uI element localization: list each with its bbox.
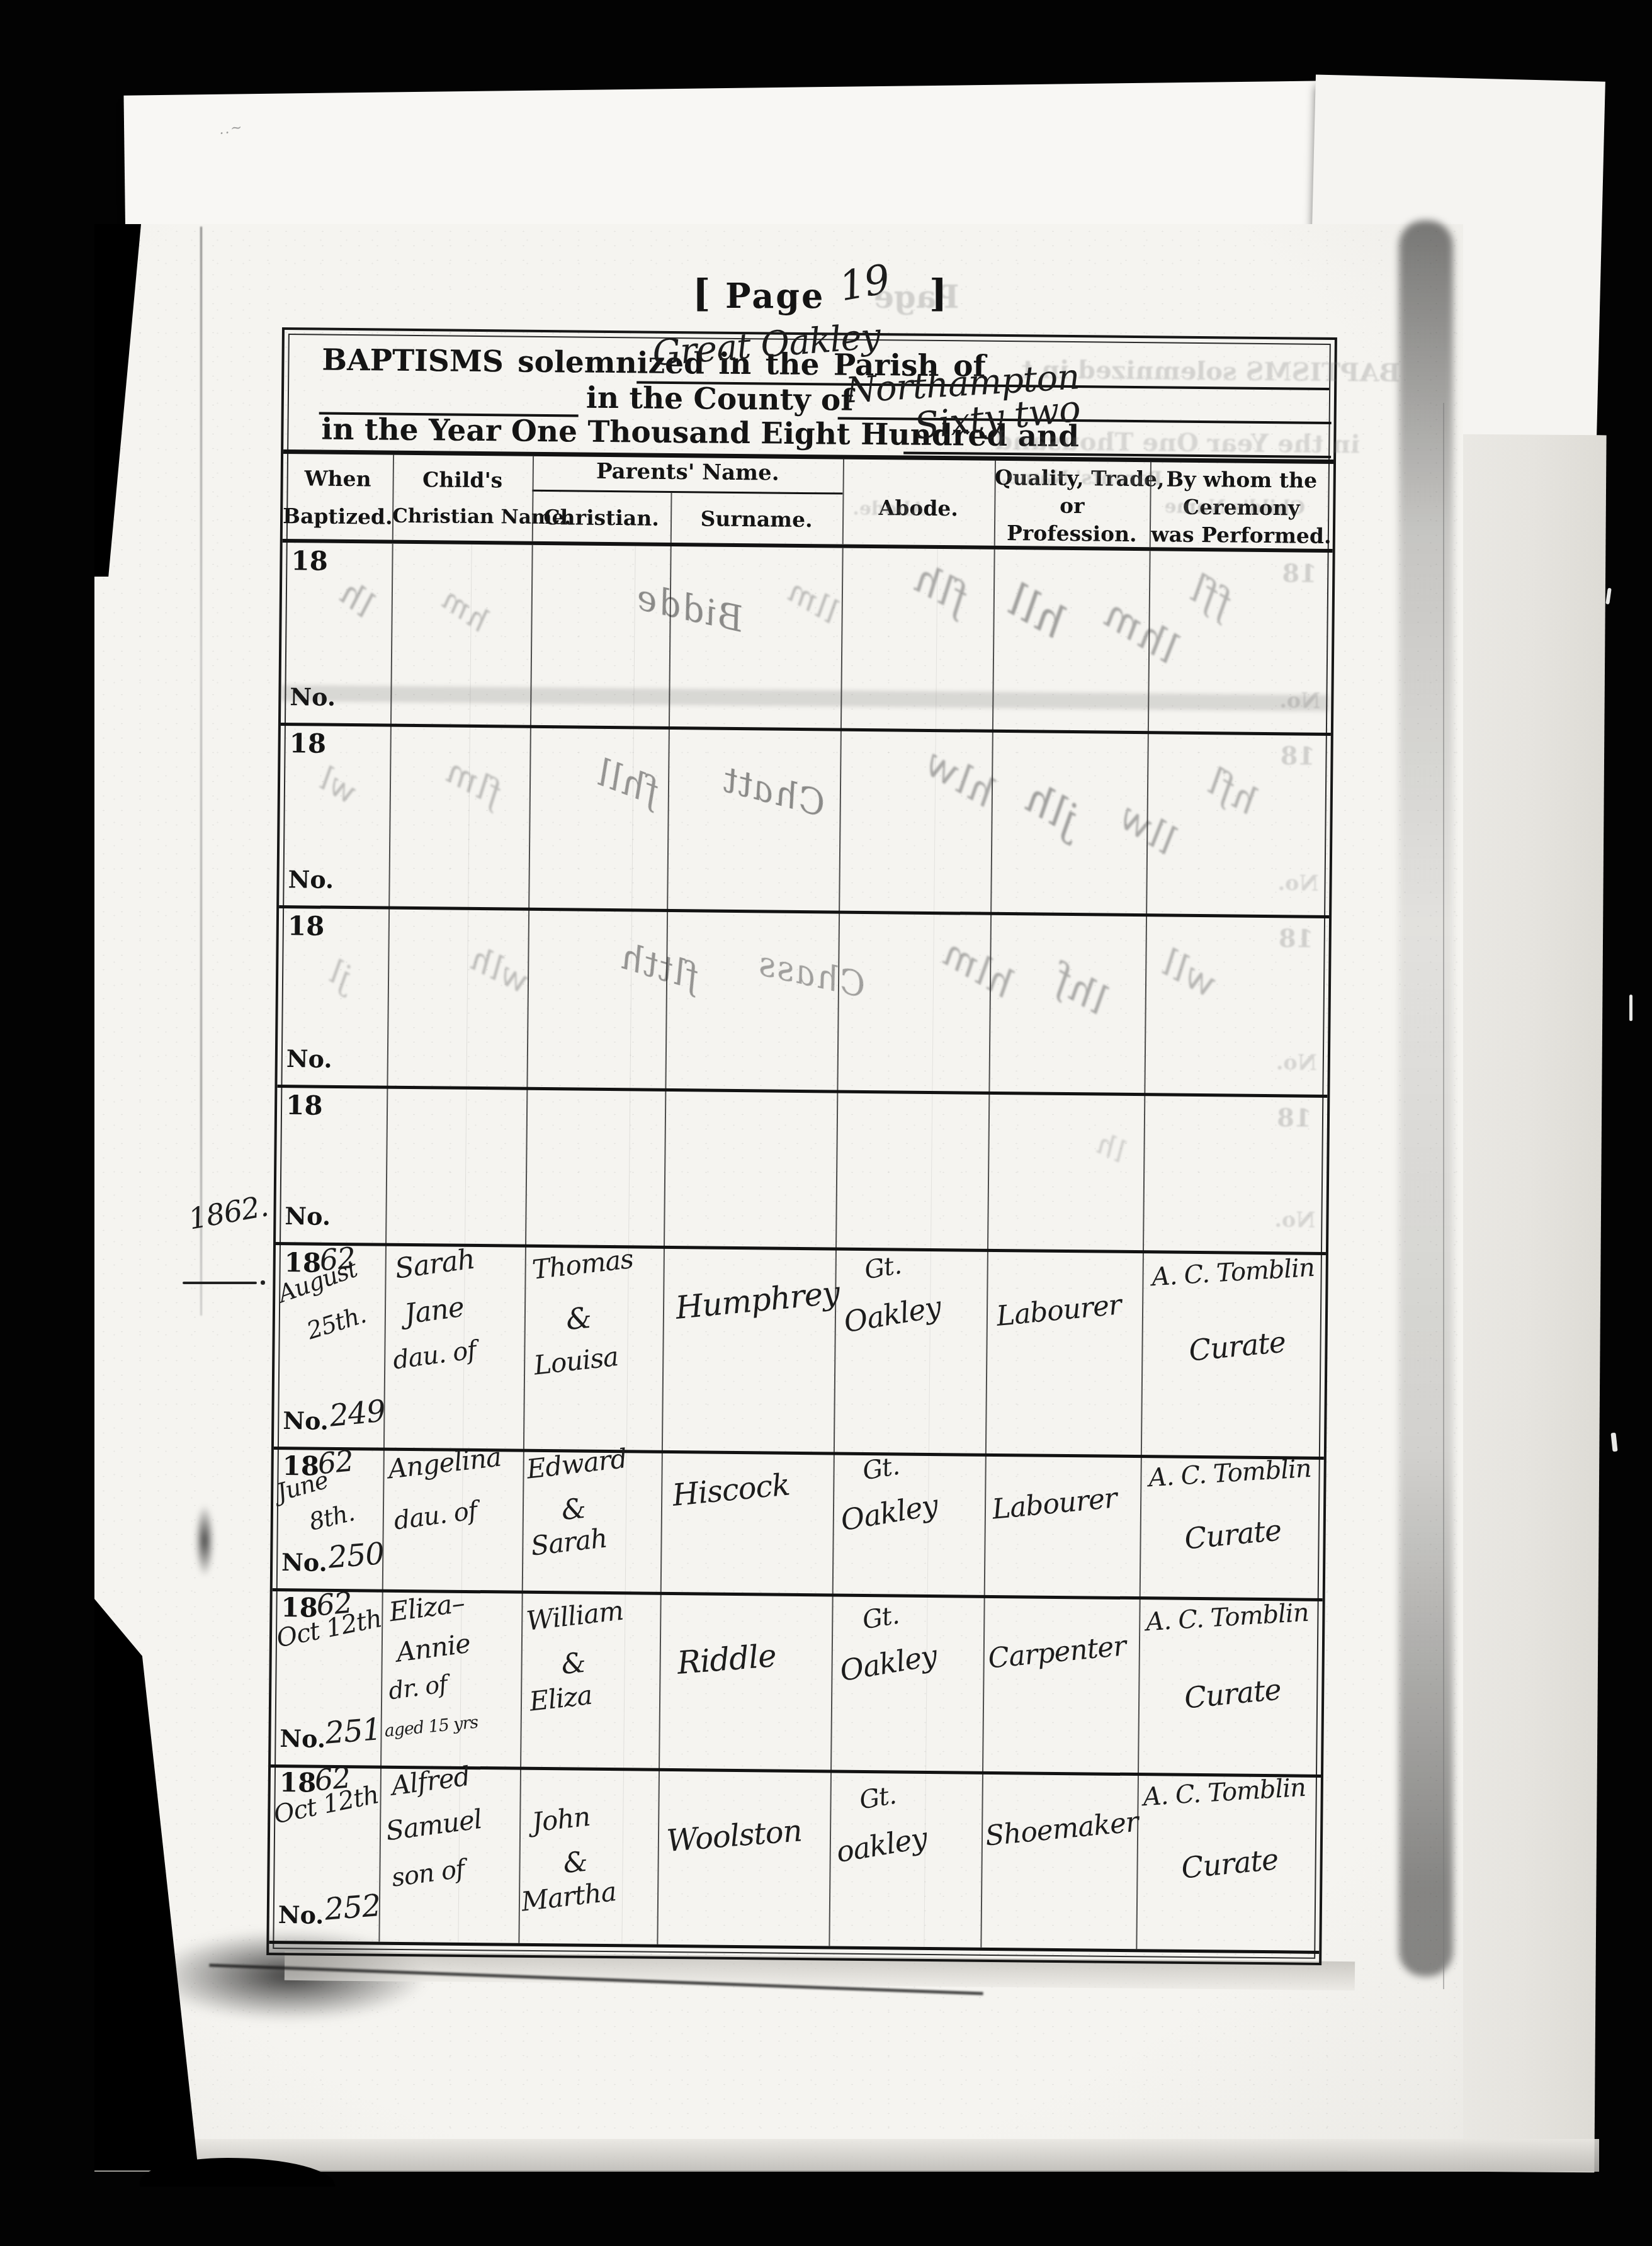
left-fold-line — [200, 227, 202, 1316]
abode-handwriting: oakley — [834, 1820, 929, 1869]
row-bleedthrough-18: 18 — [1279, 923, 1314, 954]
bleedthrough-scrawl: Chatt — [717, 759, 829, 825]
bleedthrough-scrawl: llw — [1110, 794, 1184, 864]
child-relation-handwriting: dau. of — [392, 1496, 478, 1536]
baptism-date-handwriting: 25th. — [303, 1301, 369, 1345]
child-age-handwriting: aged 15 yrs — [383, 1713, 478, 1741]
row-no-label: No. — [281, 1548, 327, 1577]
bleedthrough-scrawl: hm — [434, 581, 495, 639]
row-year-prefix: 18 — [288, 910, 325, 942]
bleedthrough-scrawl: lh — [330, 572, 382, 625]
title-line2: in the County of — [586, 381, 854, 418]
fold-crease-line — [1443, 403, 1444, 1989]
bleedthrough-scrawl: lhm — [1094, 590, 1187, 672]
child-name-handwriting: Alfred — [390, 1761, 472, 1802]
bleedthrough-scrawl: fltth — [614, 936, 704, 998]
child-name-handwriting: Sarah — [393, 1243, 477, 1285]
ampersand-handwriting: & — [560, 1493, 587, 1526]
abode-handwriting: Oakley — [838, 1488, 940, 1538]
row-bleedthrough-no: No. — [1277, 871, 1318, 896]
surname-handwriting: Woolston — [665, 1813, 803, 1859]
bleedthrough-scrawl: hlm — [934, 930, 1022, 1007]
scanner-speck — [1605, 588, 1612, 605]
minister-title-handwriting: Curate — [1183, 1672, 1282, 1715]
father-name-handwriting: John — [530, 1801, 591, 1838]
fold-crease-shadow — [1399, 220, 1453, 1977]
row-year-prefix: 18 — [286, 1090, 323, 1121]
toner-smear — [281, 685, 1328, 711]
child-name-handwriting: Eliza– — [387, 1587, 466, 1627]
bleedthrough-scrawl: ffl — [1180, 566, 1241, 626]
minister-handwriting: A. C. Tomblin — [1148, 1454, 1312, 1493]
row-bleedthrough-18: 18 — [1280, 741, 1315, 771]
row-bleedthrough-18: 18 — [1277, 1103, 1312, 1133]
margin-note-dot — [261, 1280, 265, 1285]
minister-title-handwriting: Curate — [1183, 1513, 1282, 1555]
surname-handwriting: Hiscock — [671, 1467, 791, 1513]
scanner-speck — [1629, 995, 1632, 1021]
register-row-blank: 18 No. 18 No. jlwlhfltthChasshlmlhfwll — [277, 905, 1329, 1095]
ampersand-handwriting: & — [564, 1301, 592, 1337]
surname-handwriting: Humphrey — [674, 1274, 840, 1326]
mother-name-handwriting: Martha — [519, 1876, 618, 1917]
child-name-handwriting: Samuel — [384, 1803, 484, 1846]
header-bleedthrough-abode: Abode. — [852, 498, 925, 521]
caption-bracket-open: [ — [693, 272, 710, 316]
row-no-label: No. — [280, 1724, 325, 1753]
abode-handwriting: Gt. — [857, 1781, 898, 1815]
caption-bracket-close: ] — [929, 272, 947, 316]
register-row-blank: 18 No. 18 No. wlflmfhllChatthlwjlhllwhfl — [279, 723, 1331, 915]
bleedthrough-scrawl: lhf — [1045, 956, 1117, 1024]
abode-handwriting: Oakley — [837, 1639, 939, 1688]
register-row-blank: 18 No. 18 No. lhhmBiddellmflhhlllhmffl — [281, 540, 1333, 733]
abode-handwriting: Gt. — [861, 1452, 902, 1486]
row-no-label: No. — [283, 1406, 329, 1435]
minister-handwriting: A. C. Tomblin — [1151, 1253, 1315, 1292]
baptism-date-handwriting: 8th. — [307, 1498, 357, 1536]
minister-handwriting: A. C. Tomblin — [1145, 1598, 1310, 1637]
profession-handwriting: Shoemaker — [984, 1806, 1140, 1853]
father-name-handwriting: Edward — [525, 1443, 628, 1485]
ampersand-handwriting: & — [562, 1846, 589, 1880]
bleedthrough-scrawl: hlw — [916, 738, 1004, 816]
col-header-childs-name: Child's Christian Name. — [392, 454, 533, 544]
profession-handwriting: Labourer — [995, 1289, 1123, 1333]
bleedthrough-scrawl: wl — [312, 760, 365, 811]
col-header-surname: Surname. — [670, 492, 843, 547]
col-header-when: When Baptized. — [283, 453, 393, 543]
bleedthrough-scrawl: hll — [997, 573, 1075, 648]
row-no-label: No. — [278, 1900, 324, 1929]
entry-number-handwriting: 251 — [324, 1712, 382, 1751]
bleedthrough-scrawl: flh — [904, 555, 977, 623]
entry-number-handwriting: 249 — [328, 1394, 387, 1434]
row-no-label: No. — [286, 1044, 332, 1073]
minister-title-handwriting: Curate — [1187, 1324, 1287, 1367]
register-row-entry-249: 18 62 August 25th. No. 249 Sarah Jane da… — [274, 1242, 1326, 1457]
entry-number-handwriting: 252 — [324, 1888, 382, 1927]
bleedthrough-scrawl: jlh — [1014, 772, 1088, 843]
row-bleedthrough-no: No. — [1276, 1050, 1317, 1076]
bleedthrough-scrawl: llm — [780, 572, 845, 630]
scanned-baptism-register-page: ..~ [ Page 19 Page ] 1862. BAPTISMS sole… — [0, 0, 1652, 2246]
bleedthrough-scrawl: wll — [1153, 940, 1225, 1006]
profession-handwriting: Labourer — [991, 1482, 1119, 1526]
mother-name-handwriting: Sarah — [529, 1522, 609, 1561]
col-header-parents-name: Parents' Name. — [533, 458, 843, 489]
row-bleedthrough-18: 18 — [1282, 558, 1317, 589]
entry-number-handwriting: 250 — [327, 1536, 385, 1576]
row-no-label: No. — [285, 1202, 331, 1231]
bleedthrough-scrawl: jl — [321, 953, 359, 996]
child-name-handwriting: Jane — [403, 1291, 466, 1331]
child-relation-handwriting: dau. of — [391, 1336, 477, 1375]
bleedthrough-scrawl: lh — [1089, 1126, 1131, 1170]
register-form-frame: BAPTISMS solemnized in the Parish of Gre… — [266, 327, 1337, 1965]
child-relation-handwriting: dr. of — [387, 1670, 448, 1705]
header-bleedthrough-childs: Child's Name — [1164, 495, 1305, 519]
mother-name-handwriting: Eliza — [528, 1679, 594, 1717]
profession-handwriting: Carpenter — [987, 1630, 1127, 1675]
abode-handwriting: Gt. — [863, 1251, 903, 1285]
minister-handwriting: A. C. Tomblin — [1142, 1773, 1306, 1812]
child-relation-handwriting: son of — [390, 1854, 466, 1893]
bleedthrough-scrawl: wlh — [462, 939, 536, 1002]
col-header-christian: Christian. — [532, 491, 671, 545]
caption-word: Page — [725, 276, 825, 316]
father-name-handwriting: William — [525, 1595, 625, 1637]
abode-handwriting: Gt. — [861, 1601, 902, 1635]
ampersand-handwriting: & — [560, 1647, 587, 1681]
row-year-prefix: 18 — [289, 728, 326, 759]
father-name-handwriting: Thomas — [531, 1243, 635, 1285]
minister-title-handwriting: Curate — [1180, 1842, 1279, 1885]
margin-note-underline — [183, 1282, 257, 1284]
pencil-mark: ..~ — [218, 120, 244, 138]
bleedthrough-scrawl: hfl — [1199, 759, 1265, 823]
bleedthrough-scrawl: flm — [438, 750, 509, 813]
left-fold-smudge — [195, 1504, 214, 1577]
bleedthrough-scrawl: fhll — [589, 750, 665, 813]
surname-handwriting: Riddle — [676, 1637, 777, 1681]
bleedthrough-scrawl: Bidde — [631, 577, 747, 640]
register-row-blank: 18 No. 18 No. lh — [276, 1085, 1327, 1252]
bleedthrough-scrawl: Chass — [754, 943, 869, 1005]
bottom-paper-shading — [94, 2139, 1599, 2172]
register-row-entry-251: 18 62 Oct 12th No. 251 Eliza– Annie dr. … — [271, 1588, 1323, 1775]
row-no-label: No. — [288, 865, 334, 894]
scanner-speck — [1610, 1433, 1617, 1452]
abode-handwriting: Oakley — [841, 1290, 943, 1340]
mother-name-handwriting: Louisa — [532, 1341, 619, 1381]
row-year-prefix: 18 — [291, 545, 328, 577]
child-name-handwriting: Annie — [395, 1628, 472, 1668]
row-bleedthrough-no: No. — [1274, 1207, 1315, 1233]
register-row-entry-250: 18 62 June 8th. No. 250 Angelina dau. of… — [273, 1447, 1324, 1598]
child-name-handwriting: Angelina — [387, 1442, 502, 1485]
header-bleedthrough-parents: Parents' Name. — [1001, 466, 1163, 490]
register-row-entry-252: 18 62 Oct 12th No. 252 Alfred Samuel son… — [269, 1764, 1321, 1951]
